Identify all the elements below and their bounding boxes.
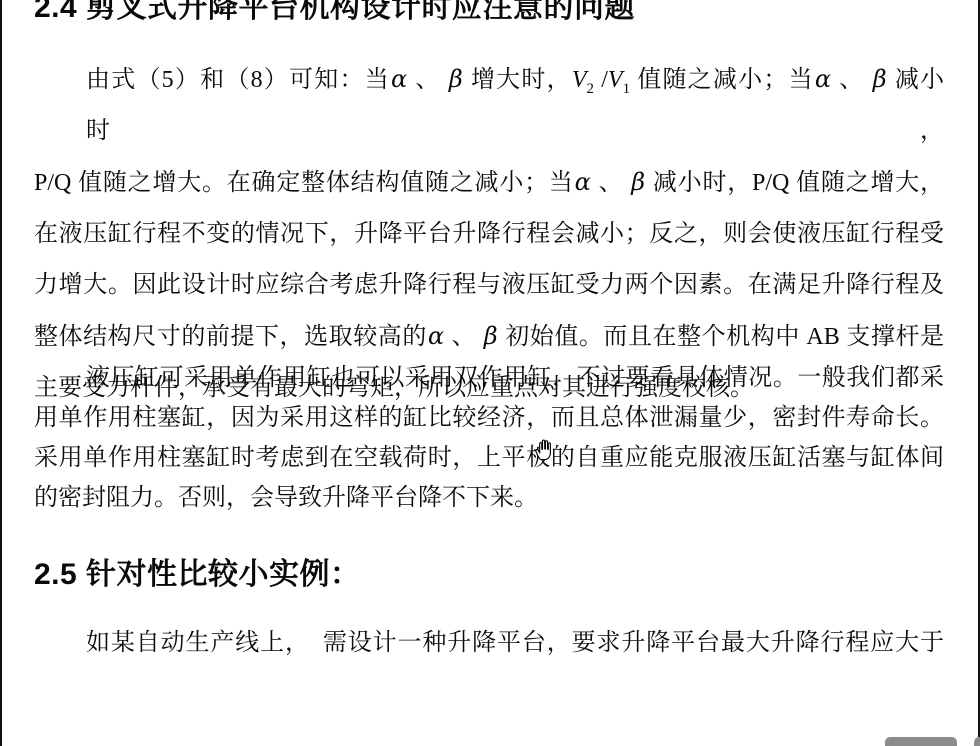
text-segment: / [594,67,608,93]
document-page: 2.4 剪叉式升降平台机构设计时应注意的问题 由式（5）和（8）可知：当α 、 … [0,0,980,746]
text-segment: β [448,65,464,93]
open-hand-cursor-icon [534,437,554,461]
text-segment: α [814,65,832,93]
text-segment: V [572,67,587,93]
text-segment: 、 [408,67,448,93]
text-segment: 值随之减小；当 [630,67,814,93]
text-segment: V [608,67,623,93]
text-segment: 用单作用柱塞缸，因为采用这样的缸比较经济，而且总体泄漏量少，密封件寿命长。 [34,405,944,431]
text-segment: 在液压缸行程不变的情况下，升降平台升降行程会减小；反之，则会使液压缸行程受 [34,221,944,247]
page-edge-left [0,0,2,746]
text-line: 由式（5）和（8）可知：当α 、 β 增大时，V2 /V1 值随之减小；当α 、… [34,54,944,157]
floating-toolbar-fragment-right[interactable] [974,737,980,746]
text-segment: 增大时， [464,67,572,93]
floating-toolbar-fragment[interactable] [885,737,957,746]
text-segment: 由式（5）和（8）可知：当 [86,67,390,93]
text-segment: β [483,322,499,350]
text-segment: 、 [592,170,630,196]
text-segment: 液压缸可采用单作用缸也可以采用双作用缸，不过要看具体情况。一般我们都采 [86,365,944,391]
text-line: 力增大。因此设计时应综合考虑升降行程与液压缸受力两个因素。在满足升降行程及 [34,260,944,311]
section-heading-2-4: 2.4 剪叉式升降平台机构设计时应注意的问题 [34,0,635,26]
paragraph-cylinder-selection: 液压缸可采用单作用缸也可以采用双作用缸，不过要看具体情况。一般我们都采用单作用柱… [34,358,944,518]
text-segment: β [872,65,888,93]
text-segment: 初始值。而且在整个机构中 AB 支撑杆是 [499,324,944,350]
text-segment: 力增大。因此设计时应综合考虑升降行程与液压缸受力两个因素。在满足升降行程及 [34,272,944,298]
text-segment: α [427,322,445,350]
text-line: 的密封阻力。否则，会导致升降平台降不下来。 [34,478,944,518]
text-line: 液压缸可采用单作用缸也可以采用双作用缸，不过要看具体情况。一般我们都采 [34,358,944,398]
text-segment: 、 [445,324,483,350]
subscript: 2 [587,81,594,97]
text-line: 整体结构尺寸的前提下，选取较高的α 、 β 初始值。而且在整个机构中 AB 支撑… [34,311,944,363]
text-segment: 采用单作用柱塞缸时考虑到在空载荷时，上平板的自重应能克服液压缸活塞与缸体间 [34,445,944,471]
text-line: 采用单作用柱塞缸时考虑到在空载荷时，上平板的自重应能克服液压缸活塞与缸体间 [34,438,944,478]
text-segment: β [630,168,646,196]
text-segment: P/Q 值随之增大。在确定整体结构值随之减小；当 [34,170,574,196]
text-segment: 减小时，P/Q 值随之增大， [646,170,944,196]
text-segment: 的密封阻力。否则，会导致升降平台降不下来。 [34,485,538,511]
text-line: P/Q 值随之增大。在确定整体结构值随之减小；当α 、 β 减小时，P/Q 值随… [34,157,944,209]
text-line: 用单作用柱塞缸，因为采用这样的缸比较经济，而且总体泄漏量少，密封件寿命长。 [34,398,944,438]
text-segment: 如某自动生产线上， 需设计一种升降平台，要求升降平台最大升降行程应大于 [86,630,944,656]
text-segment: 、 [832,67,872,93]
subscript: 1 [623,81,630,97]
text-line: 如某自动生产线上， 需设计一种升降平台，要求升降平台最大升降行程应大于 [34,623,944,663]
text-segment: 整体结构尺寸的前提下，选取较高的 [34,324,427,350]
section-heading-2-5: 2.5 针对性比较小实例： [34,558,361,593]
paragraph-example-intro: 如某自动生产线上， 需设计一种升降平台，要求升降平台最大升降行程应大于 [34,623,944,663]
text-segment: α [574,168,592,196]
text-line: 在液压缸行程不变的情况下，升降平台升降行程会减小；反之，则会使液压缸行程受 [34,209,944,260]
text-segment: α [390,65,408,93]
